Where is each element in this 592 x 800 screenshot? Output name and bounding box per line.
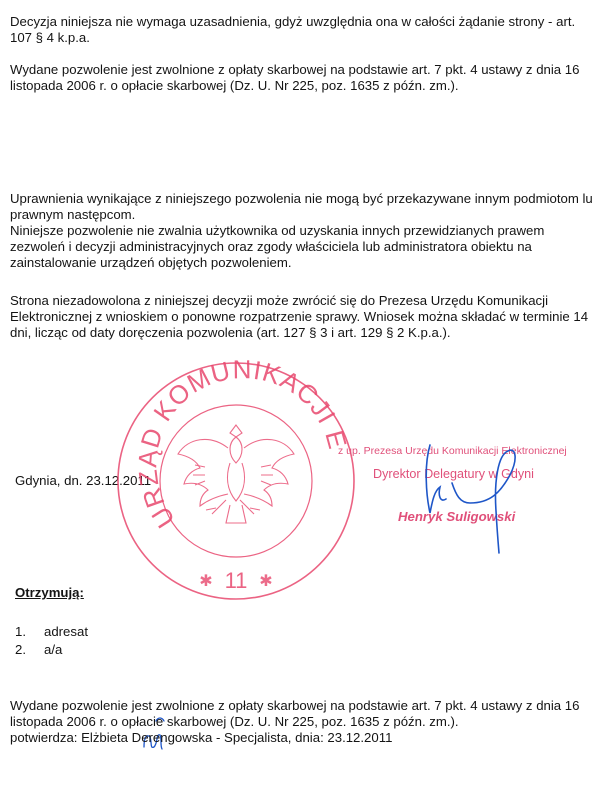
paragraph-appeal: Strona niezadowolona z niniejszej decyzj… [10, 293, 585, 341]
paragraph-no-justification: Decyzja niniejsza nie wymaga uzasadnieni… [10, 14, 585, 46]
text-line: zezwoleń i decyzji administracyjnych ora… [10, 239, 585, 255]
text-line: listopada 2006 r. o opłacie skarbowej (D… [10, 714, 585, 730]
eagle-emblem-icon [178, 425, 294, 523]
recipient-item: 1.adresat [15, 624, 88, 640]
star-icon: ✱ [259, 573, 272, 590]
place-and-date: Gdynia, dn. 23.12.2011 [15, 473, 151, 489]
text-line: listopada 2006 r. o opłacie skarbowej (D… [10, 78, 585, 94]
recipients-heading: Otrzymują: [15, 585, 84, 601]
paragraph-rights-transfer: Uprawnienia wynikające z niniejszego poz… [10, 191, 585, 271]
paragraph-fee-confirmation: Wydane pozwolenie jest zwolnione z opłat… [10, 698, 585, 746]
paragraph-fee-exemption: Wydane pozwolenie jest zwolnione z opłat… [10, 62, 585, 94]
star-icon: ✱ [199, 573, 212, 590]
text-line: Elektronicznej z wnioskiem o ponowne roz… [10, 309, 585, 325]
official-stamp: URZĄD KOMUNIKACJI ELEKTRONICZNEJ 11 ✱ ✱ [0, 0, 592, 800]
text-line: Wydane pozwolenie jest zwolnione z opłat… [10, 62, 585, 78]
text-line: 107 § 4 k.p.a. [10, 30, 585, 46]
stamp-outer-ring [118, 363, 354, 599]
stamp-inner-ring [160, 405, 312, 557]
text-line: zainstalowanie urządzeń objętych pozwole… [10, 255, 585, 271]
text-line: prawnym następcom. [10, 207, 585, 223]
handwritten-signature-icon [0, 0, 592, 800]
recipient-item: 2.a/a [15, 642, 62, 658]
text-line: Wydane pozwolenie jest zwolnione z opłat… [10, 698, 585, 714]
text-line: Uprawnienia wynikające z niniejszego poz… [10, 191, 585, 207]
signature-authorization-line: z up. Prezesa Urzędu Komunikacji Elektro… [338, 443, 567, 459]
signatory-name: Henryk Suligowski [398, 509, 515, 525]
svg-text:11: 11 [225, 568, 248, 593]
text-line: dni, licząc od daty doręczenia pozwoleni… [10, 325, 585, 341]
text-line: Strona niezadowolona z niniejszej decyzj… [10, 293, 585, 309]
text-line: potwierdza: Elżbieta Derengowska - Specj… [10, 730, 585, 746]
text-line: Decyzja niniejsza nie wymaga uzasadnieni… [10, 14, 585, 30]
signature-title-line: Dyrektor Delegatury w Gdyni [373, 466, 534, 482]
text-line: Niniejsze pozwolenie nie zwalnia użytkow… [10, 223, 585, 239]
